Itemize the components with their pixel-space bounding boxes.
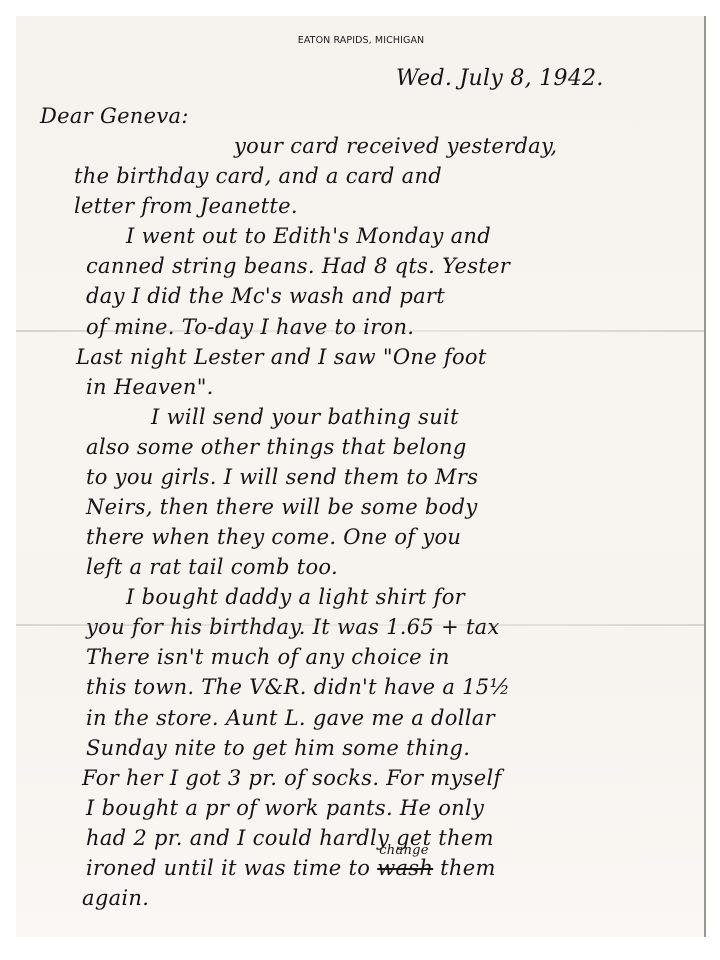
letter-line: to you girls. I will send them to Mrs [86, 465, 478, 489]
letter-line: I bought daddy a light shirt for [126, 585, 465, 609]
letter-line: of mine. To-day I have to iron. [86, 315, 414, 339]
correction-insert: change [379, 843, 429, 858]
letter-line: in the store. Aunt L. gave me a dollar [86, 706, 495, 730]
letter-line: the birthday card, and a card and [74, 164, 442, 188]
letter-line: your card received yesterday, [234, 134, 557, 158]
salutation: Dear Geneva: [40, 104, 189, 128]
letter-page: EATON RAPIDS, MICHIGAN Wed. July 8, 1942… [16, 16, 706, 937]
letter-line: this town. The V&R. didn't have a 15½ [86, 675, 510, 699]
letter-line: letter from Jeanette. [74, 194, 298, 218]
letter-line: I bought a pr of work pants. He only [86, 796, 484, 820]
letter-line: had 2 pr. and I could hardly get them [86, 826, 494, 850]
letter-line-with-correction: ironed until it was time to change wash … [86, 856, 496, 880]
letter-line: I will send your bathing suit [151, 405, 459, 429]
letter-line: in Heaven". [86, 375, 214, 399]
letter-line: Sunday nite to get him some thing. [86, 736, 470, 760]
letter-line: Neirs, then there will be some body [86, 495, 477, 519]
letter-line: There isn't much of any choice in [86, 645, 450, 669]
letter-date: Wed. July 8, 1942. [396, 66, 604, 91]
letter-line: there when they come. One of you [86, 525, 461, 549]
letter-line: also some other things that belong [86, 435, 467, 459]
letter-line: again. [82, 886, 149, 910]
letter-line: day I did the Mc's wash and part [86, 284, 445, 308]
correction-group: change wash [377, 856, 433, 880]
letter-line-end: them [440, 856, 496, 880]
letter-line: you for his birthday. It was 1.65 + tax [86, 615, 500, 639]
letter-line: I went out to Edith's Monday and [126, 224, 491, 248]
letter-line: canned string beans. Had 8 qts. Yester [86, 254, 510, 278]
letter-line: Last night Lester and I saw "One foot [76, 345, 487, 369]
letterhead: EATON RAPIDS, MICHIGAN [16, 35, 706, 46]
struck-word: wash [377, 856, 433, 880]
letter-line: left a rat tail comb too. [86, 555, 338, 579]
letter-line-start: ironed until it was time to [86, 856, 370, 880]
letter-line: For her I got 3 pr. of socks. For myself [82, 766, 502, 790]
